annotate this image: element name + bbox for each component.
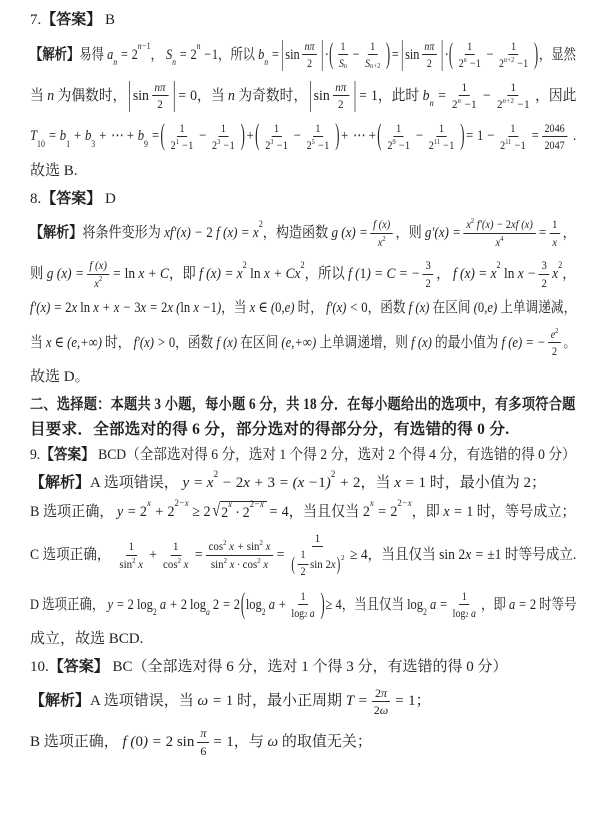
upright-math-glyph: 1 [477,128,483,144]
subscript: 3 [91,140,95,150]
upright-math-glyph: sin [314,88,330,104]
upright-math-glyph: 2 [552,344,557,358]
upright-math-glyph: 2 [175,499,179,509]
q9-option-b: B 选项正确， y = 2x + 22−x ≥ 2√2x · 22−x= 4，当… [30,501,544,523]
math-run: y = 2 log2 a + 2 loga 2 = 2 [107,595,240,615]
upright-math-glyph: 1 [128,539,133,553]
upright-math-glyph: 1 [221,121,226,135]
text-run: 时等号 [536,595,576,615]
math-run: sin [405,45,419,65]
upright-math-glyph: 2 [331,470,336,480]
fraction-numerator: nπ [333,80,350,96]
upright-math-glyph: 5 [312,137,315,146]
fraction-numerator: f (x) [87,258,110,274]
upright-math-glyph: 2 [250,500,254,510]
fraction-denominator: 2047 [542,137,567,152]
upright-math-glyph: 1 [419,475,427,491]
math-run: x ∈ (0,e) [250,298,295,318]
upright-math-glyph: log [137,597,153,613]
upright-math-glyph: 4 [500,234,503,243]
upright-math-glyph: 2 [224,556,227,565]
math-run: x = 1 [443,502,473,522]
upright-math-glyph: 2 [221,505,228,521]
fraction-numerator: 2π [372,686,390,702]
upright-math-glyph: log [453,606,466,620]
upright-math-glyph: 2 [374,703,380,717]
text-run: ，所以 [305,264,348,284]
text-run: B [101,10,115,30]
text-run: 的最小值为 [432,333,502,353]
subscript: n [430,99,434,109]
math-run: n [228,86,235,106]
math-fraction: 32 [539,258,550,290]
superscript: x [370,499,374,509]
fraction-denominator: 2n+2 −1 [494,96,532,111]
upright-math-glyph: 2 [128,597,134,613]
math-run: n [47,86,54,106]
math-run: bn = [258,45,279,65]
text-run: A 选项错误， [90,473,183,493]
math-run: f (1) = C = − [348,264,420,284]
upright-math-glyph: 2 [167,504,174,520]
upright-math-glyph: ln [80,300,90,316]
fraction-numerator: 1 [459,589,469,605]
q7-answer: 7.【答案】 B [30,10,576,31]
math-run: f′(x) = 2x ln x + x − 3x = 2x (ln x −1) [30,298,221,318]
text-run: D [101,189,116,209]
fraction-numerator: 1 [177,121,187,137]
bold-label: 【答案】 [40,445,94,465]
math-run: log2 a = [407,595,448,615]
upright-math-glyph: 2 [338,97,344,111]
text-run: 在区间 [429,298,473,318]
upright-math-glyph: 2 [99,274,102,283]
upright-math-glyph: 4 [361,547,368,563]
fraction-numerator: 1 [298,589,308,605]
upright-math-glyph: 2 [459,56,464,70]
fraction-denominator: 2 [539,275,550,290]
math-run: − [352,45,360,65]
math-run: ω [267,732,278,752]
bold-label: 目要求．全部选对的得 6 分，部分选对的得部分分，有选错的得 0 分. [30,420,509,441]
upright-math-glyph: 2 [499,56,504,70]
math-run: Sn = 2n −1 [166,45,218,65]
math-run: (e,+∞) [281,333,316,353]
math-run: f′(x) > 0 [134,333,176,353]
fraction-denominator: 2 [154,96,165,111]
math-run: T10 = b1 + b3 + ⋯ + b9 = [30,126,160,146]
math-run: x = 1 [394,473,426,493]
upright-math-glyph: sin [211,557,224,571]
upright-math-glyph: 1 [315,531,320,545]
text-run: ， [563,223,576,243]
upright-math-glyph: 1 [466,504,473,520]
upright-math-glyph: 1 [467,39,472,53]
upright-math-glyph: 6 [200,744,206,758]
upright-math-glyph: 1 [188,138,193,152]
upright-math-glyph: 1 [147,42,151,52]
subscript: 10 [37,140,45,150]
fraction-numerator: 1 [126,539,137,555]
text-run: 时，等号成立； [473,502,575,522]
math-run: = 1 [358,86,378,106]
text-run: 时，最小值为 2； [426,473,546,493]
stretched-paren: ) [241,116,245,157]
upright-math-glyph: log [246,597,262,613]
stretched-paren: ) [534,35,538,76]
upright-math-glyph: 2 [511,55,514,64]
square-root: √2x · 22−x [212,501,266,523]
superscript: n [197,42,201,52]
text-run: 当 [30,86,47,106]
absolute-value-bar: | [281,32,283,78]
math-run: = [276,545,285,565]
upright-math-glyph: 2 [353,475,361,491]
math-fraction: 129 −1 [385,121,413,153]
math-run: 2 [341,557,344,571]
upright-math-glyph: 9 [144,140,148,150]
fraction-denominator: x2 [375,234,388,249]
text-run: ，与 [234,732,268,752]
text-run: 故选 B. [30,161,78,181]
text-run: ； [416,691,431,711]
math-fraction: 1Sn [336,39,349,71]
upright-math-glyph: 1 [524,97,530,111]
fraction-denominator: Sn [336,55,349,70]
fraction-denominator: 2 [549,343,559,358]
upright-math-glyph: 1 [523,56,528,70]
absolute-value-bar: | [309,73,312,119]
text-run: 10. [30,657,49,677]
upright-math-glyph: 2 [497,261,501,271]
math-run: y = x2 − 2x + 3 = (x −1)2 + 2 [183,473,361,493]
upright-math-glyph: cos [163,557,178,571]
upright-math-glyph: 1 [371,88,378,104]
text-run: 9. [30,445,40,465]
q8-conclusion: 故选 D。 [30,367,576,388]
math-run: g (x) = [331,223,367,243]
math-fraction: 121 −1 [168,121,196,153]
superscript: 2 [243,261,247,271]
stretched-paren: ( [291,553,295,575]
upright-math-glyph: 1 [405,138,410,152]
math-run: sin [133,86,149,106]
upright-math-glyph: 1 [274,121,279,135]
upright-math-glyph: 2 [213,470,218,480]
upright-math-glyph: 3 [91,140,95,150]
upright-math-glyph: 1 [370,39,375,53]
math-run: g (x) = [47,264,84,284]
fraction-numerator: cos2 x + sin2 x [206,539,273,555]
bold-label: 【解析】 [30,691,90,711]
math-fraction: 125 −1 [304,121,332,153]
upright-math-glyph: 1 [471,97,477,111]
upright-math-glyph: 2 [223,538,226,547]
math-fraction: 20462047 [542,121,567,153]
fraction-denominator: x4 [493,234,506,249]
math-fraction: 123 −1 [263,121,291,153]
radical-sign: √ [212,499,220,523]
upright-math-glyph: 2047 [544,138,564,152]
math-fraction: 1(12sin 2x)2 [288,531,347,580]
math-fraction: 12 [298,549,308,579]
superscript: 2 [497,261,501,271]
upright-math-glyph: 1 [360,266,367,282]
subscript: n [113,58,117,68]
stretched-paren: ( [329,35,333,76]
math-run: = 4 [269,502,289,522]
fraction-numerator: π [197,726,209,742]
subscript: n [264,58,268,68]
fraction-denominator: 21 −1 [168,137,196,152]
math-run: − [415,126,424,146]
fraction-numerator: 1 [312,531,323,547]
math-fraction: 1Sn+2 [363,39,383,71]
stretched-paren: ) [386,35,390,76]
math-run: = [194,545,203,565]
fraction-numerator: 1 [394,121,404,137]
upright-math-glyph: cos [209,539,224,553]
fraction-numerator: x2 f′(x) − 2xf (x) [464,217,536,233]
upright-math-glyph: 3 [270,137,273,146]
text-run: ，即 [169,264,199,284]
upright-math-glyph: 2 [382,234,385,243]
upright-math-glyph: 2 [541,276,546,290]
upright-math-glyph: 2 [203,504,210,520]
upright-math-glyph: 0 [275,300,281,316]
math-fraction: e22 [548,327,561,359]
superscript: 2 [300,261,304,271]
fraction-numerator: 1 [338,39,348,55]
text-run: ，显然 [539,45,576,65]
math-run: f (x) [216,333,237,353]
upright-math-glyph: 1 [476,56,481,70]
text-run: 时，最小正周期 [233,691,346,711]
bold-label: 二、选择题：本题共 3 小题，每小题 6 分，共 18 分．在每小题给出的选项中… [30,395,576,416]
math-fraction: nπ2 [422,39,437,71]
math-run: f (x) = x2 ln x − [453,264,536,284]
superscript: 2 [341,553,344,562]
math-run: · [445,45,448,65]
fraction-numerator: 1 [509,39,519,55]
subscript: 1 [66,140,70,150]
fraction-denominator: cos2 x [160,556,191,571]
fraction-denominator: 2n −1 [456,55,483,70]
math-run: + [246,126,255,146]
upright-math-glyph: 2 [304,610,307,619]
bold-label: 【解析】 [30,223,82,243]
text-run: ，当 [360,473,394,493]
fraction-denominator: 23 −1 [210,137,238,152]
section-header-line1: 二、选择题：本题共 3 小题，每小题 6 分，共 18 分．在每小题给出的选项中… [30,395,494,416]
upright-math-glyph: 1 [462,589,467,603]
text-run: ，当且仅当 [342,595,407,615]
upright-math-glyph: sin [285,47,299,63]
math-run: − [486,45,494,65]
fraction-numerator: 1 [170,539,181,555]
upright-math-glyph: 2 [427,56,432,70]
text-run: 8. [30,189,41,209]
upright-math-glyph: 2 [506,217,511,231]
math-fraction: f (x)x2 [87,258,110,290]
math-fraction: 32 [423,258,434,290]
text-run: ，则 [395,223,424,243]
upright-math-glyph: sin [247,539,260,553]
text-run: 的取值无关； [278,732,372,752]
upright-math-glyph: 1 [439,121,444,135]
fraction-numerator: 2046 [542,121,567,137]
superscript: 2 [331,470,336,480]
fraction-numerator: 1 [368,39,378,55]
text-run: ，所以 [218,45,258,65]
absolute-value-bar: | [354,73,357,119]
text-run: 上单调递减， [497,298,576,318]
upright-math-glyph: 1 [66,140,70,150]
math-run: xf′(x) − 2 f (x) = x2 [164,223,263,243]
absolute-value-bar: | [441,32,443,78]
upright-math-glyph: 2 [65,300,71,316]
math-run: − [198,126,207,146]
absolute-value-bar: | [128,73,131,119]
fraction-numerator: 1 [436,121,446,137]
math-run: sin 2x = ±1 [439,545,501,565]
upright-math-glyph: 1 [226,693,234,709]
upright-math-glyph: 10 [37,140,45,150]
upright-math-glyph: 2 [555,326,558,335]
upright-math-glyph: 11 [505,137,511,146]
math-run: f′(x) < 0 [326,298,367,318]
fraction-denominator: 2n −1 [449,96,479,111]
q7-analysis-line1: 【解析】易得 an = 2n−1， Sn = 2n −1，所以 bn =|sin… [30,38,479,72]
text-run: ， [151,45,166,65]
subscript: n [172,58,176,68]
upright-math-glyph: 2 [458,547,465,563]
upright-math-glyph: 1 [408,693,416,709]
upright-math-glyph: 1 [176,137,179,146]
superscript: 2−x [397,499,411,509]
text-run: 当 [30,333,46,353]
stretched-paren: ( [255,116,259,157]
upright-math-glyph: 9 [392,137,395,146]
upright-math-glyph: cos [243,557,258,571]
absolute-value-bar: | [321,32,323,78]
fraction-numerator: 1 [298,549,308,564]
math-run: sin 2x [310,557,336,571]
math-run: + [148,545,157,565]
upright-math-glyph: 2 [257,556,260,565]
text-run: 时， [102,333,134,353]
math-run: f (x) [411,333,432,353]
bold-label: 【答案】 [41,10,101,30]
fraction-numerator: 3 [539,258,550,274]
math-fraction: 12n+2 −1 [494,80,532,112]
math-run: bn = [423,86,447,106]
text-run: ，当 [197,86,228,106]
upright-math-glyph: 2 [423,608,427,618]
fraction-numerator: f (x) [371,217,393,233]
upright-math-glyph: 2 [259,220,263,230]
text-run: ，函数 [368,298,409,318]
upright-math-glyph: 2 [307,56,312,70]
stretched-paren: ) [460,116,464,157]
text-run: 则 [30,264,47,284]
upright-math-glyph: 1 [283,138,288,152]
fraction-denominator: sin2 x [117,556,146,571]
math-fraction: 1x [549,217,559,249]
q8-analysis-line1: 【解析】将条件变形为 xf′(x) − 2 f (x) = x2，构造函数 g … [30,216,506,250]
fraction-denominator: sin2 x · cos2 x [208,556,271,571]
upright-math-glyph: 2 [375,686,381,700]
text-run: ， [436,264,453,284]
subscript: a [206,608,210,618]
text-run: ，函数 [175,333,216,353]
upright-math-glyph: 0 [478,300,484,316]
upright-math-glyph: 2 [325,557,330,571]
text-run: 故选 D。 [30,367,90,387]
math-run: f (x) = x2 ln x + Cx2 [199,264,305,284]
fraction-numerator: 3 [423,258,434,274]
text-run: ，即 [412,502,444,522]
upright-math-glyph: 1 [211,300,217,316]
math-fraction: 123 −1 [210,121,238,153]
upright-math-glyph: 3 [541,258,546,272]
upright-math-glyph: 2 [157,97,163,111]
math-run: · [325,45,328,65]
subscript: 2 [153,608,157,618]
upright-math-glyph: 2 [262,608,266,618]
math-fraction: cos2 x + sin2 xsin2 x · cos2 x [206,539,273,571]
fraction-numerator: 1 [218,121,228,137]
bold-label: 【解析】 [30,473,90,493]
math-run: f (x) [409,298,430,318]
q10-option-b: B 选项正确， f (0) = 2 sinπ6= 1，与 ω 的取值无关； [30,725,576,759]
upright-math-glyph: 3 [134,300,140,316]
stretched-paren: ) [335,116,339,157]
text-run: B 选项正确， [30,732,123,752]
upright-math-glyph: log [190,597,206,613]
text-run: BC（全部选对得 6 分，选对 1 个得 3 分，有选错的得 0 分） [109,657,508,677]
math-run: = 0 [177,86,197,106]
fraction-denominator: 2 [423,275,434,290]
fraction-denominator: 2 [424,55,434,70]
math-run: 2x = 22−x [363,502,412,522]
upright-math-glyph: 2 [558,261,562,271]
bold-label: 【解析】 [30,45,79,65]
upright-math-glyph: 2 [161,300,167,316]
fraction-numerator: 1 [459,80,470,96]
superscript: 2 [259,220,263,230]
q10-option-a: 【解析】A 选项错误，当 ω = 1 时，最小正周期 T =2π2ω= 1； [30,685,576,719]
text-run: 时， [294,298,326,318]
upright-math-glyph: 2 [511,96,514,105]
text-run: 将条件变形为 [82,223,164,243]
upright-math-glyph: sin [405,47,419,63]
fraction-denominator: 2n+2 −1 [497,55,531,70]
upright-math-glyph: 0 [135,734,143,750]
math-run: f (0) = 2 sin [123,732,195,752]
math-fraction: π6 [197,726,209,758]
fraction-denominator: log2 a [289,605,317,620]
text-run: BCD（全部选对得 6 分，选对 1 个得 2 分，选对 2 个得 4 分，有选… [95,445,576,465]
upright-math-glyph: ln [504,266,514,282]
upright-math-glyph: 1 [511,80,517,94]
stretched-paren: ) [337,553,341,575]
upright-math-glyph: 1 [396,121,401,135]
superscript: x [228,500,232,510]
upright-math-glyph: 1 [340,39,345,53]
q9-option-d: D 选项正确， y = 2 log2 a + 2 loga 2 = 2(log2… [30,588,483,622]
fraction-denominator: 2 [298,565,308,579]
